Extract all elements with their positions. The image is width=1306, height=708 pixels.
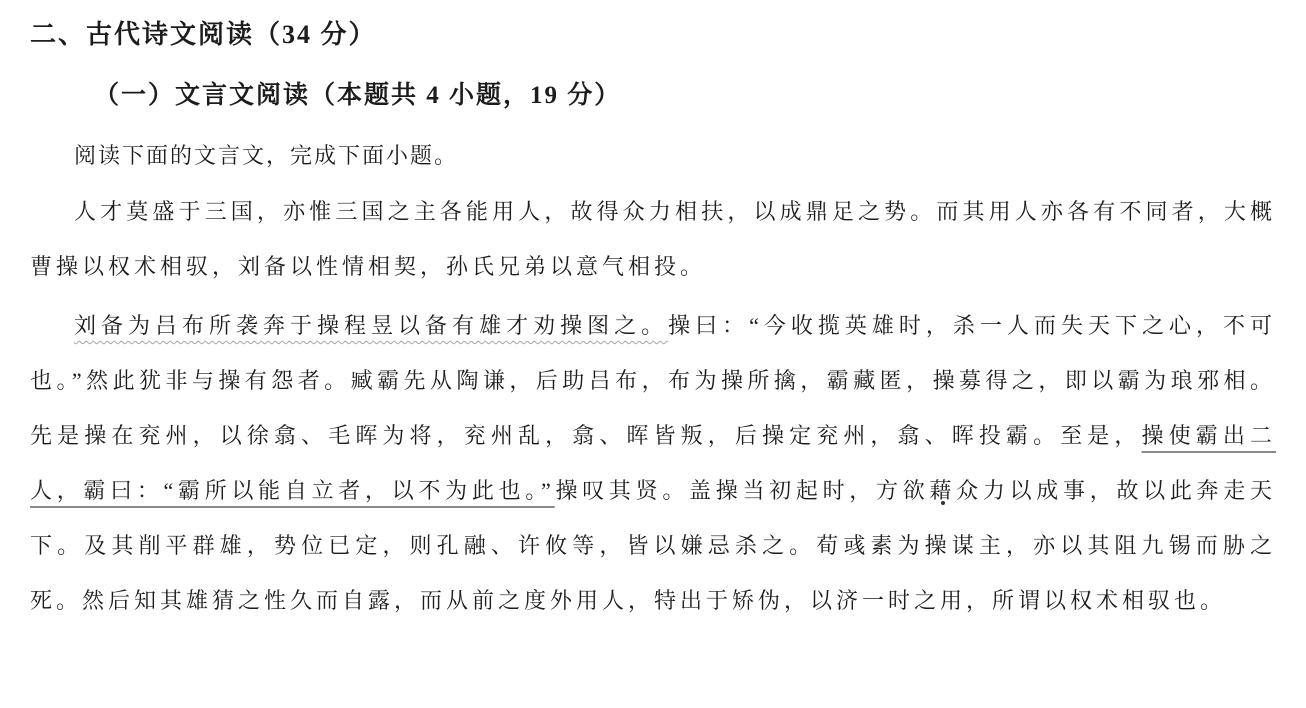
passage-paragraph-1: 人才莫盛于三国，亦惟三国之主各能用人，故得众力相扶，以成鼎足之势。而其用人亦各有… bbox=[30, 184, 1276, 294]
emphasis-dotted-char: 藉 bbox=[929, 478, 956, 503]
passage-paragraph-2: 刘备为吕布所袭奔于操程昱以备有雄才劝操图之。操曰：“今收揽英雄时，杀一人而失天下… bbox=[30, 298, 1276, 628]
passage-text-segment: 操叹其贤。盖操当初起时，方欲 bbox=[555, 478, 930, 503]
wavy-underlined-sentence: 刘备为吕布所袭奔于操程昱以备有雄才劝操图之。 bbox=[74, 313, 668, 338]
subsection-heading: （一）文言文阅读（本题共 4 小题，19 分） bbox=[94, 75, 1276, 111]
exam-document-page: 二、古代诗文阅读（34 分） （一）文言文阅读（本题共 4 小题，19 分） 阅… bbox=[0, 0, 1306, 708]
instruction-text: 阅读下面的文言文，完成下面小题。 bbox=[30, 139, 1276, 170]
section-heading: 二、古代诗文阅读（34 分） bbox=[30, 14, 1276, 51]
